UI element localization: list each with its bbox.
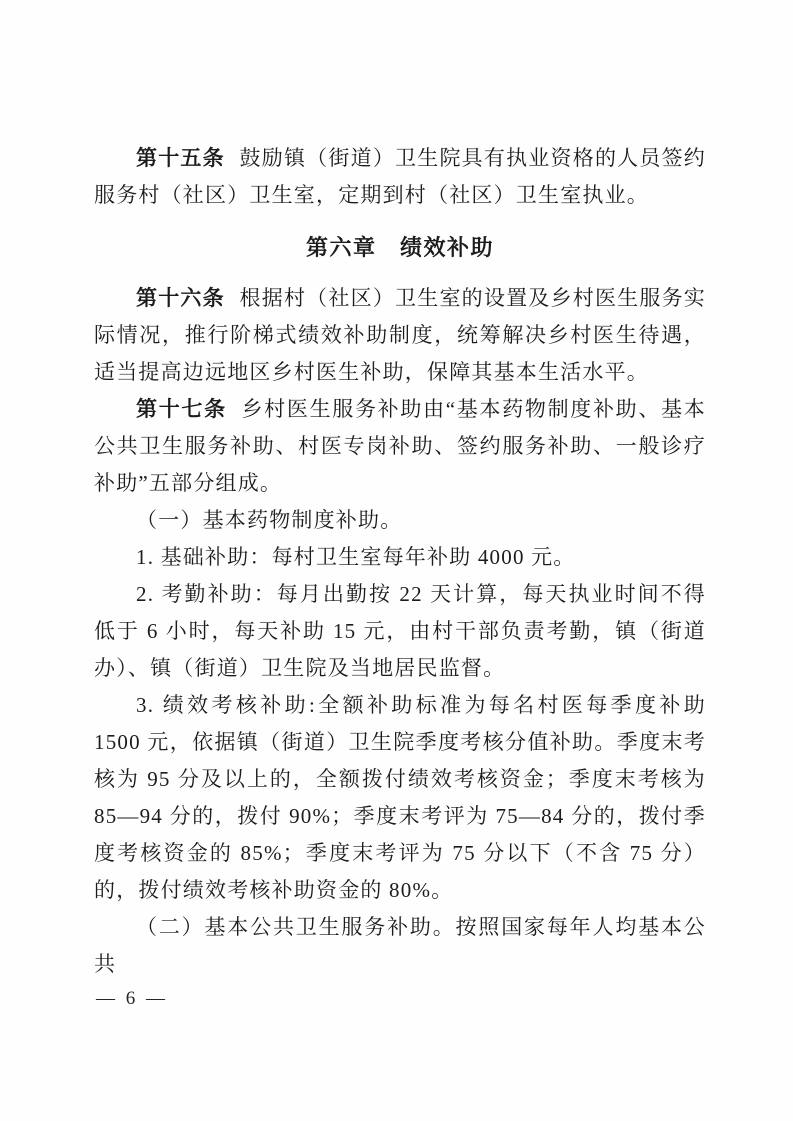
- item-1-sub3: 3. 绩效考核补助:全额补助标准为每名村医每季度补助 1500 元，依据镇（街道…: [94, 687, 706, 909]
- article-16-paragraph: 第十六条根据村（社区）卫生室的设置及乡村医生服务实际情况，推行阶梯式绩效补助制度…: [94, 280, 706, 391]
- article-16-label: 第十六条: [136, 287, 225, 310]
- article-15-label: 第十五条: [136, 147, 225, 170]
- article-17-label: 第十七条: [136, 398, 227, 421]
- item-1-sub1: 1. 基础补助：每村卫生室每年补助 4000 元。: [94, 539, 706, 576]
- item-1-title: （一）基本药物制度补助。: [94, 502, 706, 539]
- item-1-sub2: 2. 考勤补助：每月出勤按 22 天计算，每天执业时间不得低于 6 小时，每天补…: [94, 576, 706, 687]
- article-17-paragraph: 第十七条乡村医生服务补助由“基本药物制度补助、基本公共卫生服务补助、村医专岗补助…: [94, 391, 706, 502]
- document-body: 第十五条鼓励镇（街道）卫生院具有执业资格的人员签约服务村（社区）卫生室，定期到村…: [94, 140, 706, 983]
- item-2-title: （二）基本公共卫生服务补助。按照国家每年人均基本公共: [94, 909, 706, 983]
- article-15-paragraph: 第十五条鼓励镇（街道）卫生院具有执业资格的人员签约服务村（社区）卫生室，定期到村…: [94, 140, 706, 214]
- document-page: 第十五条鼓励镇（街道）卫生院具有执业资格的人员签约服务村（社区）卫生室，定期到村…: [0, 0, 793, 1121]
- page-number: — 6 —: [96, 988, 168, 1010]
- chapter-6-heading: 第六章 绩效补助: [94, 229, 706, 266]
